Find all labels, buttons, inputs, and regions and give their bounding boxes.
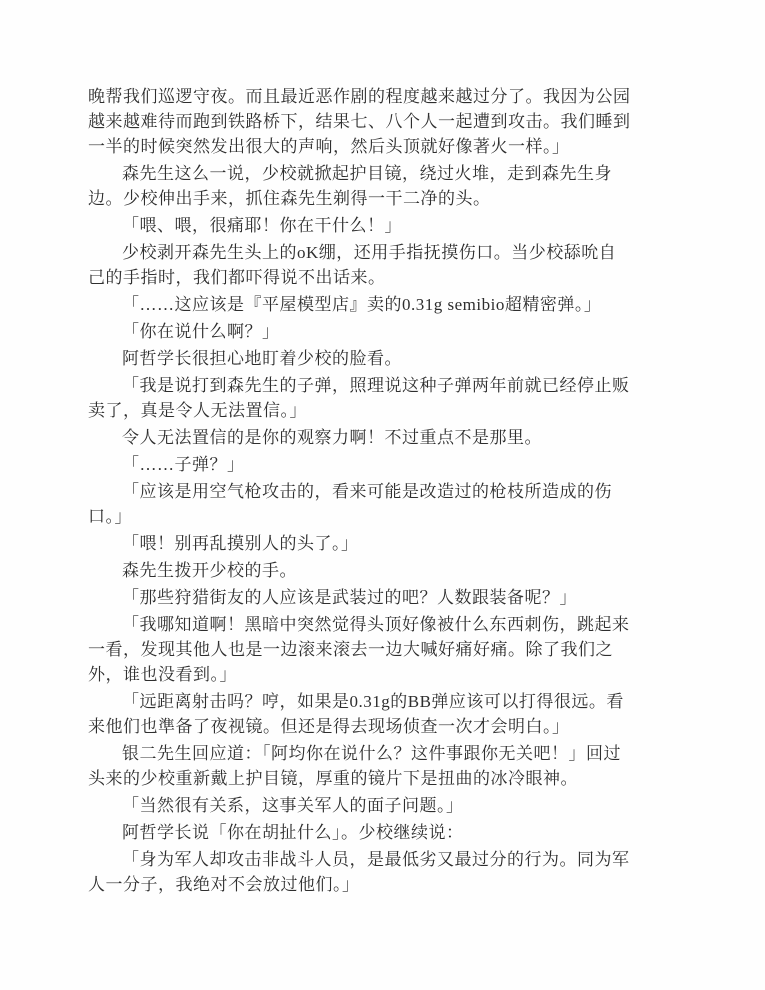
paragraph: 「那些狩猎街友的人应该是武装过的吧？人数跟装备呢？」 xyxy=(88,585,678,610)
paragraph: 「身为军人却攻击非战斗人员，是最低劣又最过分的行为。同为军人一分子，我绝对不会放… xyxy=(88,847,678,897)
paragraph: 「……这应该是『平屋模型店』卖的0.31g semibio超精密弹。」 xyxy=(88,292,678,317)
paragraph: 「远距离射击吗？哼，如果是0.31g的BB弹应该可以打得很远。看来他们也準备了夜… xyxy=(88,689,678,739)
text-line: 「当然很有关系，这事关军人的面子问题。」 xyxy=(88,793,678,818)
text-line: 「我哪知道啊！黑暗中突然觉得头顶好像被什么东西刺伤，跳起来 xyxy=(88,612,678,637)
paragraph: 少校剥开森先生头上的oK绷，还用手指抚摸伤口。当少校舔吮自己的手指时，我们都吓得… xyxy=(88,240,678,290)
text-line: 「我是说打到森先生的子弹，照理说这种子弹两年前就已经停止贩 xyxy=(88,373,678,398)
text-line: 人一分子，我绝对不会放过他们。」 xyxy=(88,872,678,897)
text-line: 己的手指时，我们都吓得说不出话来。 xyxy=(88,265,678,290)
text-line: 阿哲学长说「你在胡扯什么」。少校继续说： xyxy=(88,820,678,845)
paragraph: 令人无法置信的是你的观察力啊！不过重点不是那里。 xyxy=(88,425,678,450)
text-line: 阿哲学长很担心地盯着少校的脸看。 xyxy=(88,346,678,371)
paragraph: 银二先生回应道：「阿均你在说什么？这件事跟你无关吧！」回过头来的少校重新戴上护目… xyxy=(88,741,678,791)
text-line: 「……这应该是『平屋模型店』卖的0.31g semibio超精密弹。」 xyxy=(88,292,678,317)
text-line: 来他们也準备了夜视镜。但还是得去现场侦查一次才会明白。」 xyxy=(88,714,678,739)
text-line: 「你在说什么啊？」 xyxy=(88,319,678,344)
text-line: 「应该是用空气枪攻击的，看来可能是改造过的枪枝所造成的伤 xyxy=(88,479,678,504)
body-text: 晚帮我们巡逻守夜。而且最近恶作剧的程度越来越过分了。我因为公园越来越难待而跑到铁… xyxy=(88,84,678,899)
text-line: 「喂！别再乱摸别人的头了。」 xyxy=(88,531,678,556)
paragraph: 「当然很有关系，这事关军人的面子问题。」 xyxy=(88,793,678,818)
paragraph: 「喂、喂，很痛耶！你在干什么！」 xyxy=(88,213,678,238)
text-line: 森先生这么一说，少校就掀起护目镜，绕过火堆，走到森先生身 xyxy=(88,161,678,186)
text-line: 头来的少校重新戴上护目镜，厚重的镜片下是扭曲的冰冷眼神。 xyxy=(88,766,678,791)
text-line: 一半的时候突然发出很大的声响，然后头顶就好像著火一样。」 xyxy=(88,134,678,159)
paragraph: 「你在说什么啊？」 xyxy=(88,319,678,344)
paragraph: 「喂！别再乱摸别人的头了。」 xyxy=(88,531,678,556)
text-line: 森先生拨开少校的手。 xyxy=(88,558,678,583)
text-line: 「……子弹？」 xyxy=(88,452,678,477)
text-line: 令人无法置信的是你的观察力啊！不过重点不是那里。 xyxy=(88,425,678,450)
paragraph: 森先生这么一说，少校就掀起护目镜，绕过火堆，走到森先生身边。少校伸出手来，抓住森… xyxy=(88,161,678,211)
paragraph: 「应该是用空气枪攻击的，看来可能是改造过的枪枝所造成的伤口。」 xyxy=(88,479,678,529)
paragraph: 晚帮我们巡逻守夜。而且最近恶作剧的程度越来越过分了。我因为公园越来越难待而跑到铁… xyxy=(88,84,678,159)
text-line: 「那些狩猎街友的人应该是武装过的吧？人数跟装备呢？」 xyxy=(88,585,678,610)
paragraph: 阿哲学长很担心地盯着少校的脸看。 xyxy=(88,346,678,371)
text-line: 少校剥开森先生头上的oK绷，还用手指抚摸伤口。当少校舔吮自 xyxy=(88,240,678,265)
paragraph: 「我是说打到森先生的子弹，照理说这种子弹两年前就已经停止贩卖了，真是令人无法置信… xyxy=(88,373,678,423)
document-page: 晚帮我们巡逻守夜。而且最近恶作剧的程度越来越过分了。我因为公园越来越难待而跑到铁… xyxy=(0,0,765,990)
text-line: 「远距离射击吗？哼，如果是0.31g的BB弹应该可以打得很远。看 xyxy=(88,689,678,714)
text-line: 外，谁也没看到。」 xyxy=(88,662,678,687)
text-line: 「身为军人却攻击非战斗人员，是最低劣又最过分的行为。同为军 xyxy=(88,847,678,872)
text-line: 边。少校伸出手来，抓住森先生剃得一干二净的头。 xyxy=(88,186,678,211)
paragraph: 森先生拨开少校的手。 xyxy=(88,558,678,583)
paragraph: 「……子弹？」 xyxy=(88,452,678,477)
text-line: 银二先生回应道：「阿均你在说什么？这件事跟你无关吧！」回过 xyxy=(88,741,678,766)
text-line: 一看，发现其他人也是一边滚来滚去一边大喊好痛好痛。除了我们之 xyxy=(88,637,678,662)
text-line: 越来越难待而跑到铁路桥下，结果七、八个人一起遭到攻击。我们睡到 xyxy=(88,109,678,134)
text-line: 晚帮我们巡逻守夜。而且最近恶作剧的程度越来越过分了。我因为公园 xyxy=(88,84,678,109)
paragraph: 阿哲学长说「你在胡扯什么」。少校继续说： xyxy=(88,820,678,845)
text-line: 口。」 xyxy=(88,504,678,529)
text-line: 「喂、喂，很痛耶！你在干什么！」 xyxy=(88,213,678,238)
paragraph: 「我哪知道啊！黑暗中突然觉得头顶好像被什么东西刺伤，跳起来一看，发现其他人也是一… xyxy=(88,612,678,687)
text-line: 卖了，真是令人无法置信。」 xyxy=(88,398,678,423)
